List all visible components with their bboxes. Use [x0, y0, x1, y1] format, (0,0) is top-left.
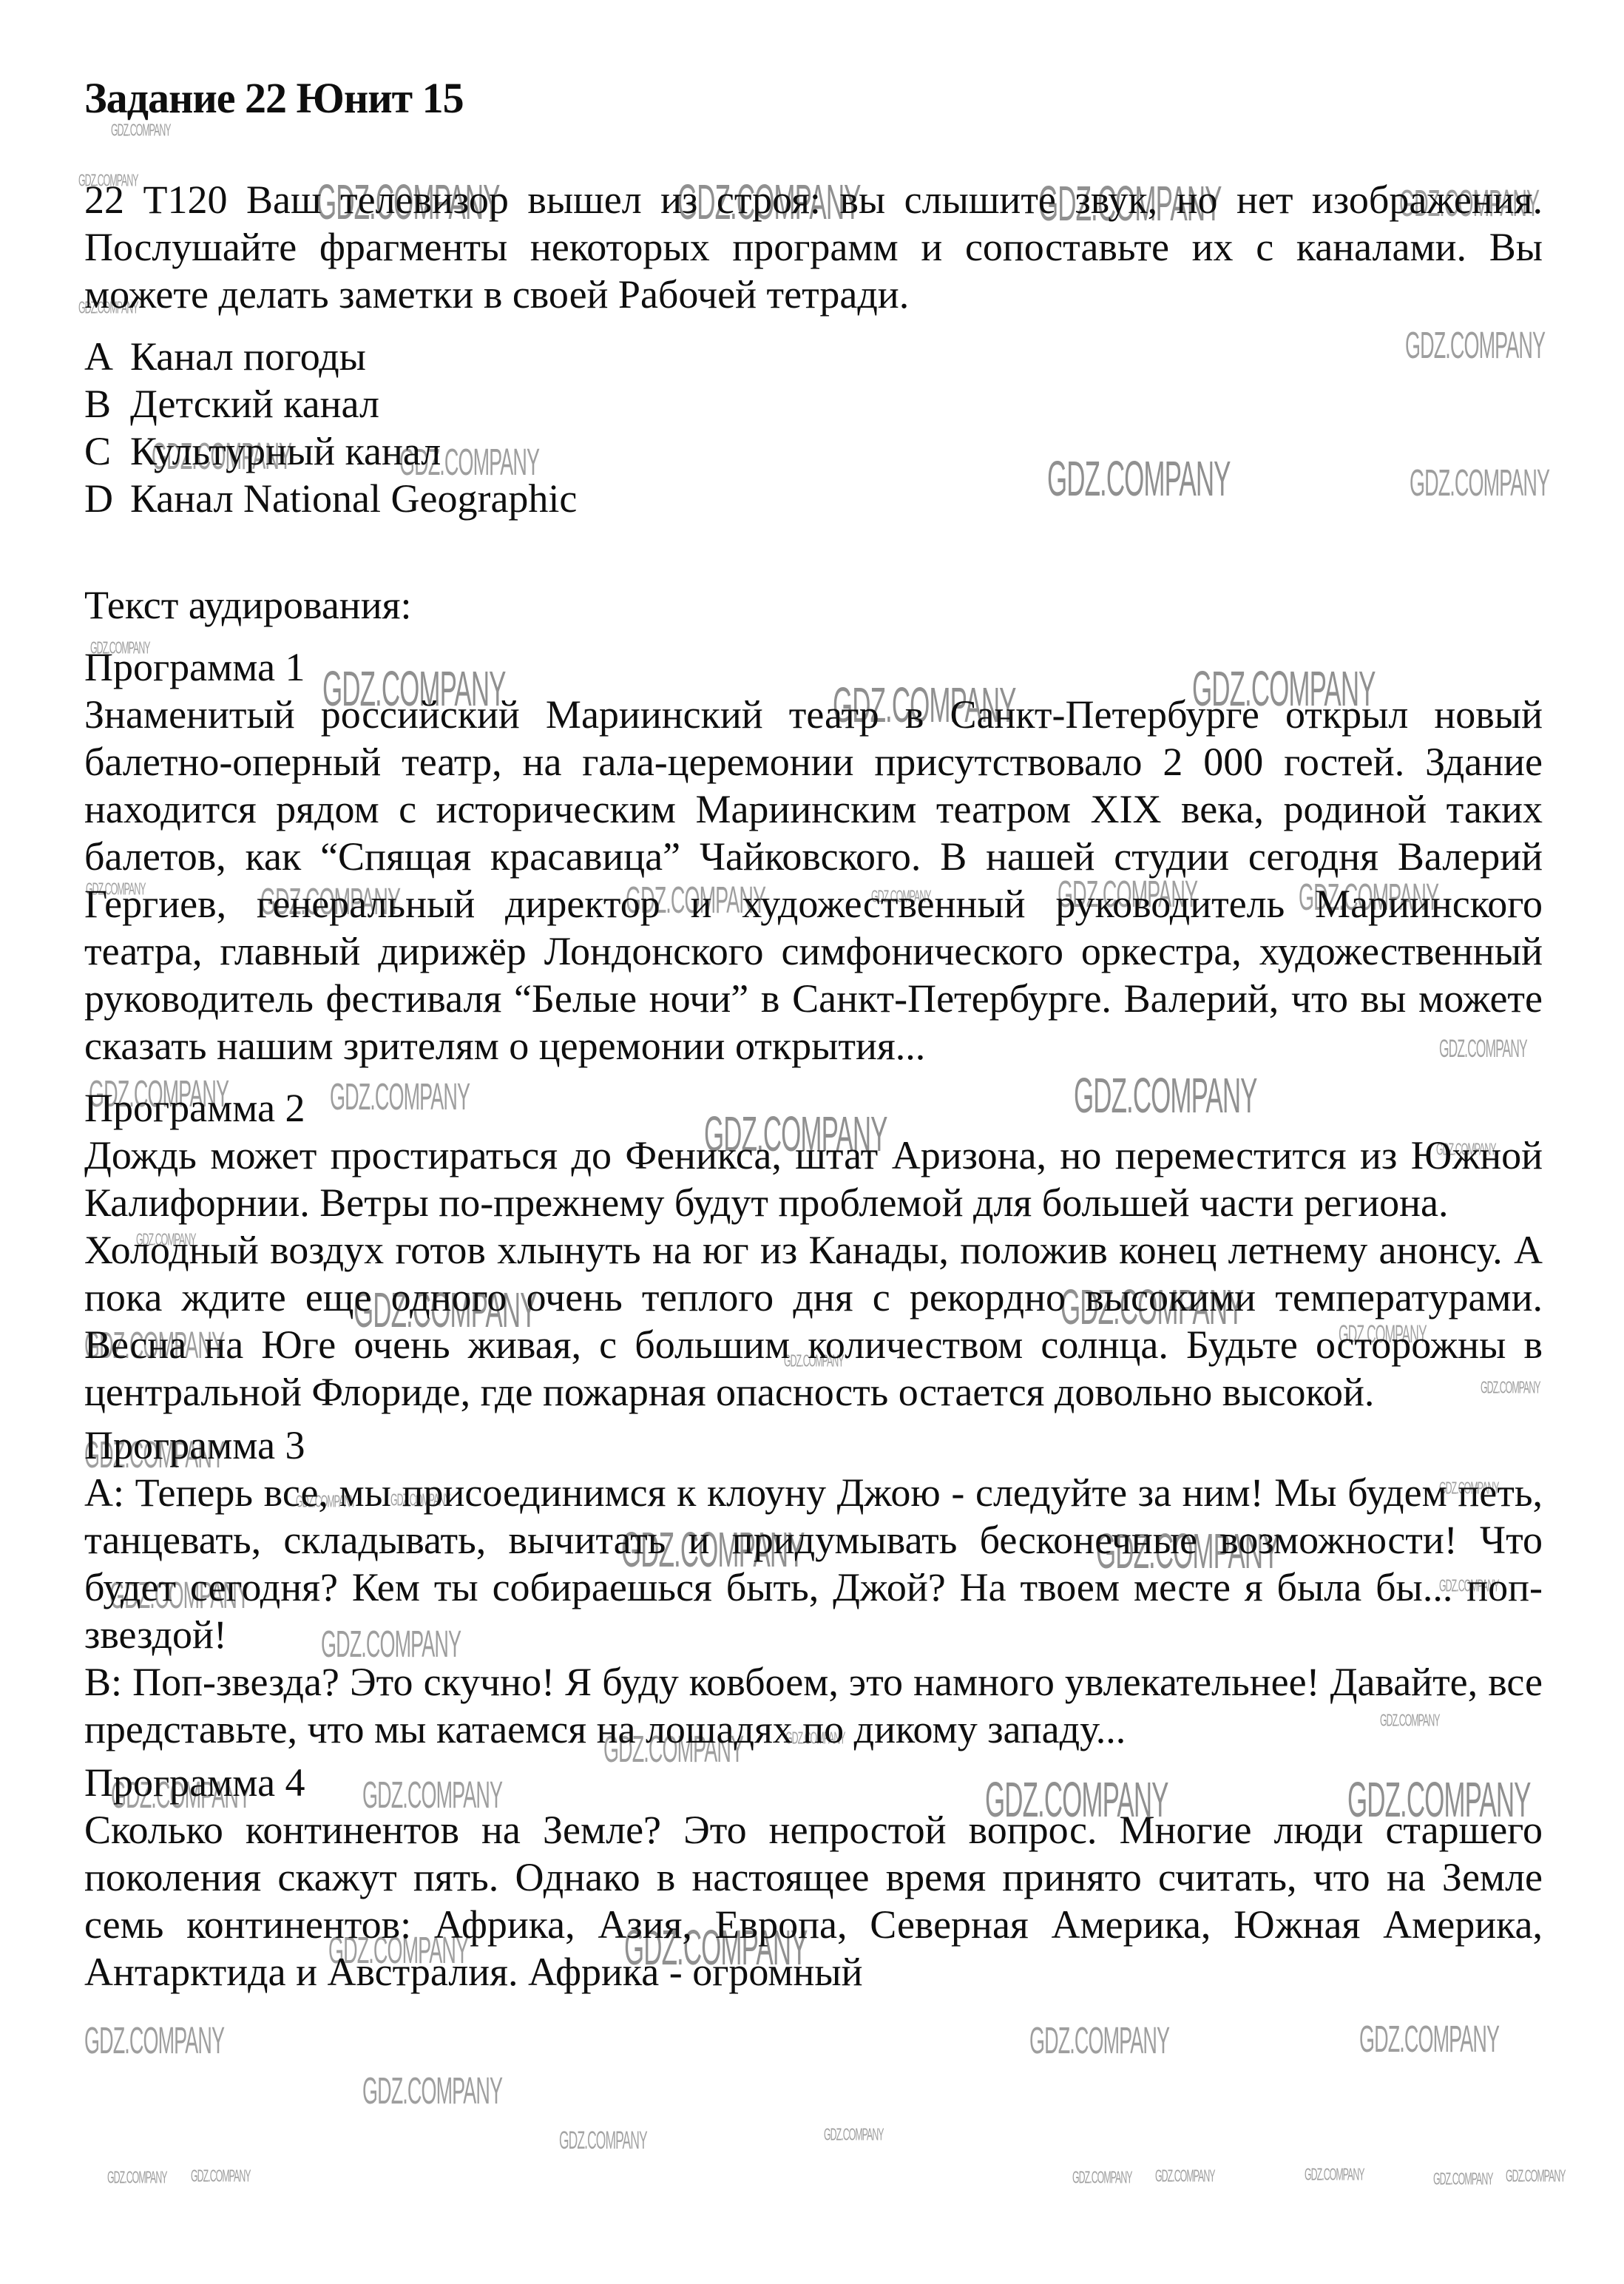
watermark-text: GDZ.COMPANY — [1433, 2169, 1493, 2189]
watermark-text: GDZ.COMPANY — [1029, 2021, 1169, 2064]
channel-label: Канал National Geographic — [130, 476, 577, 521]
channel-letter: B — [84, 380, 130, 428]
watermark-text: GDZ.COMPANY — [1155, 2166, 1215, 2186]
program-1-heading: Программа 1 — [84, 643, 1543, 691]
watermark-text: GDZ.COMPANY — [1359, 2019, 1499, 2062]
program-1-text: Знаменитый российский Мариинский театр в… — [84, 691, 1543, 1070]
channel-label: Детский канал — [130, 382, 379, 426]
document-page: GDZ.COMPANYGDZ.COMPANYGDZ.COMPANYGDZ.COM… — [0, 0, 1624, 2284]
channel-letter: A — [84, 333, 130, 380]
watermark-text: GDZ.COMPANY — [1072, 2167, 1132, 2187]
channel-letter: C — [84, 428, 130, 475]
program-3-text-2: В: Поп-звезда? Это скучно! Я буду ковбое… — [84, 1658, 1543, 1753]
channel-item-c: CКультурный канал — [84, 428, 1543, 475]
watermark-text: GDZ.COMPANY — [84, 2021, 224, 2064]
task-intro: 22 Т120 Ваш телевизор вышел из строя: вы… — [84, 176, 1543, 318]
watermark-text: GDZ.COMPANY — [191, 2166, 251, 2186]
document-content: Задание 22 Юнит 15 22 Т120 Ваш телевизор… — [84, 0, 1543, 1996]
audio-script-heading: Текст аудирования: — [84, 581, 1543, 629]
channel-letter: D — [84, 475, 130, 522]
channel-list: AКанал погоды BДетский канал CКультурный… — [84, 333, 1543, 522]
watermark-text: GDZ.COMPANY — [824, 2124, 884, 2144]
watermark-text: GDZ.COMPANY — [362, 2071, 502, 2114]
channel-label: Канал погоды — [130, 334, 366, 379]
watermark-text: GDZ.COMPANY — [1506, 2166, 1566, 2186]
program-3-text-1: А: Теперь все, мы присоединимся к клоуну… — [84, 1469, 1543, 1658]
program-4-heading: Программа 4 — [84, 1759, 1543, 1806]
channel-item-a: AКанал погоды — [84, 333, 1543, 380]
program-2-text-2: Холодный воздух готов хлынуть на юг из К… — [84, 1226, 1543, 1416]
watermark-text: GDZ.COMPANY — [1305, 2164, 1364, 2184]
channel-item-d: DКанал National Geographic — [84, 475, 1543, 522]
program-2-heading: Программа 2 — [84, 1084, 1543, 1132]
page-title: Задание 22 Юнит 15 — [84, 0, 1543, 123]
channel-item-b: BДетский канал — [84, 380, 1543, 428]
program-3-heading: Программа 3 — [84, 1422, 1543, 1469]
watermark-text: GDZ.COMPANY — [107, 2167, 167, 2187]
watermark-text: GDZ.COMPANY — [559, 2127, 647, 2157]
channel-label: Культурный канал — [130, 429, 441, 473]
program-4-text: Сколько континентов на Земле? Это непрос… — [84, 1806, 1543, 1996]
program-2-text-1: Дождь может простираться до Феникса, шта… — [84, 1132, 1543, 1226]
